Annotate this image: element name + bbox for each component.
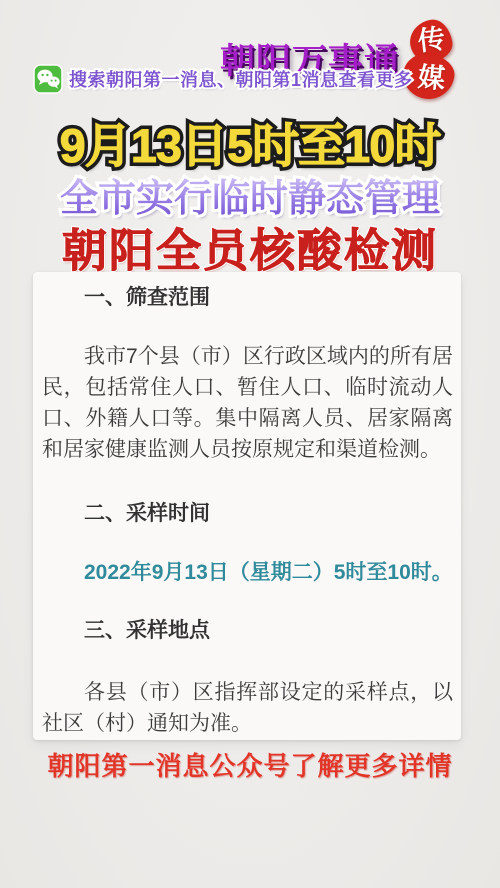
section2-heading: 二、采样时间 xyxy=(42,498,453,529)
headline-time-text: 9月13日5时至10时 xyxy=(60,119,441,172)
headline-testing-text: 朝阳全员核酸检测 xyxy=(62,225,438,276)
poster-root: { "header": { "brand": "朝阳万事通", "badge_t… xyxy=(0,0,500,888)
section1-heading: 一、筛查范围 xyxy=(42,282,453,313)
section3-body: 各县（市）区指挥部设定的采样点，以社区（村）通知为准。 xyxy=(42,677,453,739)
search-hint-fill: 搜索朝阳第一消息、朝阳第1消息查看更多 xyxy=(69,70,413,90)
section3-heading: 三、采样地点 xyxy=(42,615,453,646)
seal-char-top: 传 xyxy=(416,26,446,56)
section2-body-date: 2022年9月13日（星期二）5时至10时。 xyxy=(42,557,453,588)
headline-time: 9月13日5时至10时 9月13日5时至10时 xyxy=(0,109,500,176)
search-hint-text: 搜索朝阳第一消息、朝阳第1消息查看更多 搜索朝阳第一消息、朝阳第1消息查看更多 xyxy=(69,66,413,92)
notice-card: 一、筛查范围 我市7个县（市）区行政区域内的所有居民，包括常住人口、暂住人口、临… xyxy=(33,272,461,740)
seal-char-bottom: 媒 xyxy=(417,64,446,93)
wechat-icon xyxy=(33,64,63,94)
headline-testing: 朝阳全员核酸检测 朝阳全员核酸检测 xyxy=(0,214,500,279)
footer-more-info: 朝阳第一消息公众号了解更多详情 xyxy=(0,746,500,783)
section1-body: 我市7个县（市）区行政区域内的所有居民，包括常住人口、暂住人口、临时流动人口、外… xyxy=(42,341,453,465)
wechat-search-row: 搜索朝阳第一消息、朝阳第1消息查看更多 搜索朝阳第一消息、朝阳第1消息查看更多 xyxy=(33,64,413,94)
